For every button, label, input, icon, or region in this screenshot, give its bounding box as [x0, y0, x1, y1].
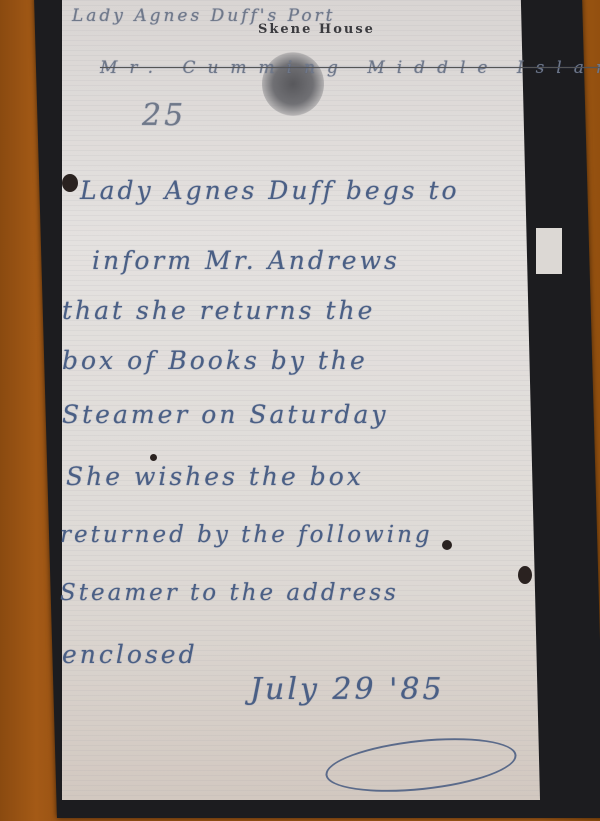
ink-blot: [518, 566, 532, 584]
paper-torn-tab: [536, 228, 562, 274]
body-line-3: that she returns the: [62, 296, 375, 325]
body-line-8: Steamer to the address: [60, 580, 399, 606]
body-line-7: returned by the following: [60, 522, 433, 548]
header-number: 25: [142, 98, 186, 133]
crest-label: Skene House: [258, 22, 375, 37]
body-line-5: Steamer on Saturday: [62, 400, 389, 429]
ink-blot: [150, 454, 157, 461]
body-line-9: enclosed: [62, 640, 198, 669]
body-line-1: Lady Agnes Duff begs to: [80, 176, 460, 205]
body-line-2: inform Mr. Andrews: [92, 246, 400, 275]
date-line: July 29 '85: [250, 672, 445, 707]
header-line-2-struck: Mr. Cumming Middle Island: [100, 58, 600, 78]
ink-blot: [62, 174, 78, 192]
body-line-4: box of Books by the: [62, 346, 368, 375]
body-line-6: She wishes the box: [66, 462, 364, 491]
ink-blot: [442, 540, 452, 550]
